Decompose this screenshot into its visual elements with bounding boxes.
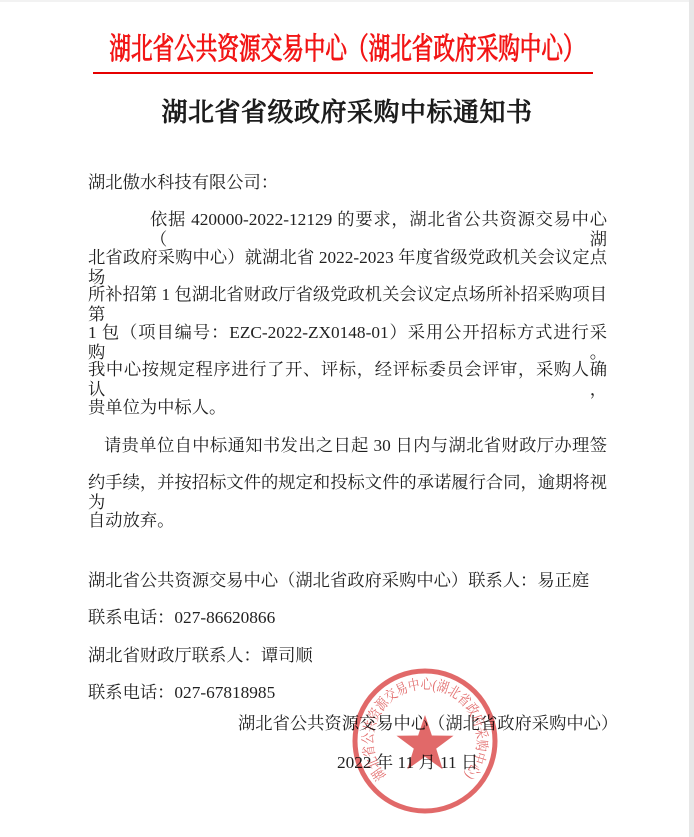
body-line: 我中心按规定程序进行了开、评标，经评标委员会评审，采购人确认， — [88, 360, 607, 400]
stamp-star-icon — [397, 715, 454, 769]
body-line: 自动放弃。 — [88, 511, 174, 531]
contact-phone-line: 联系电话：027-86620866 — [88, 608, 275, 628]
header-divider-rule — [93, 72, 593, 74]
page-right-edge — [689, 0, 694, 837]
body-line: 约手续，并按招标文件的规定和投标文件的承诺履行合同，逾期将视为 — [88, 473, 607, 513]
page-top-edge — [0, 0, 694, 2]
salutation-line: 湖北傲水科技有限公司： — [88, 173, 278, 193]
contact-person-line: 湖北省财政厅联系人：谭司顺 — [88, 646, 313, 666]
body-line: 所补招第 1 包湖北省财政厅省级党政机关会议定点场所补招采购项目第 — [88, 285, 607, 325]
body-line: 北省政府采购中心）就湖北省 2022-2023 年度省级党政机关会议定点场 — [88, 248, 607, 288]
body-line: 依据 420000-2022-12129 的要求，湖北省公共资源交易中心（湖 — [150, 210, 607, 250]
page-title: 湖北省省级政府采购中标通知书 — [0, 92, 694, 129]
contact-phone-line: 联系电话：027-67818985 — [88, 683, 275, 703]
document-page: 湖北省公共资源交易中心（湖北省政府采购中心） 湖北省省级政府采购中标通知书 湖北… — [0, 0, 694, 837]
contact-person-line: 湖北省公共资源交易中心（湖北省政府采购中心）联系人：易正庭 — [88, 571, 589, 591]
official-seal-stamp: 湖北省公共资源交易中心(湖北省政府采购中心) — [340, 655, 520, 835]
org-header-title: 湖北省公共资源交易中心（湖北省政府采购中心） — [97, 24, 597, 68]
body-line: 贵单位为中标人。 — [88, 398, 226, 418]
body-line: 请贵单位自中标通知书发出之日起 30 日内与湖北省财政厅办理签 — [104, 436, 607, 456]
body-line: 1 包（项目编号：EZC-2022-ZX0148-01）采用公开招标方式进行采购… — [88, 323, 607, 363]
